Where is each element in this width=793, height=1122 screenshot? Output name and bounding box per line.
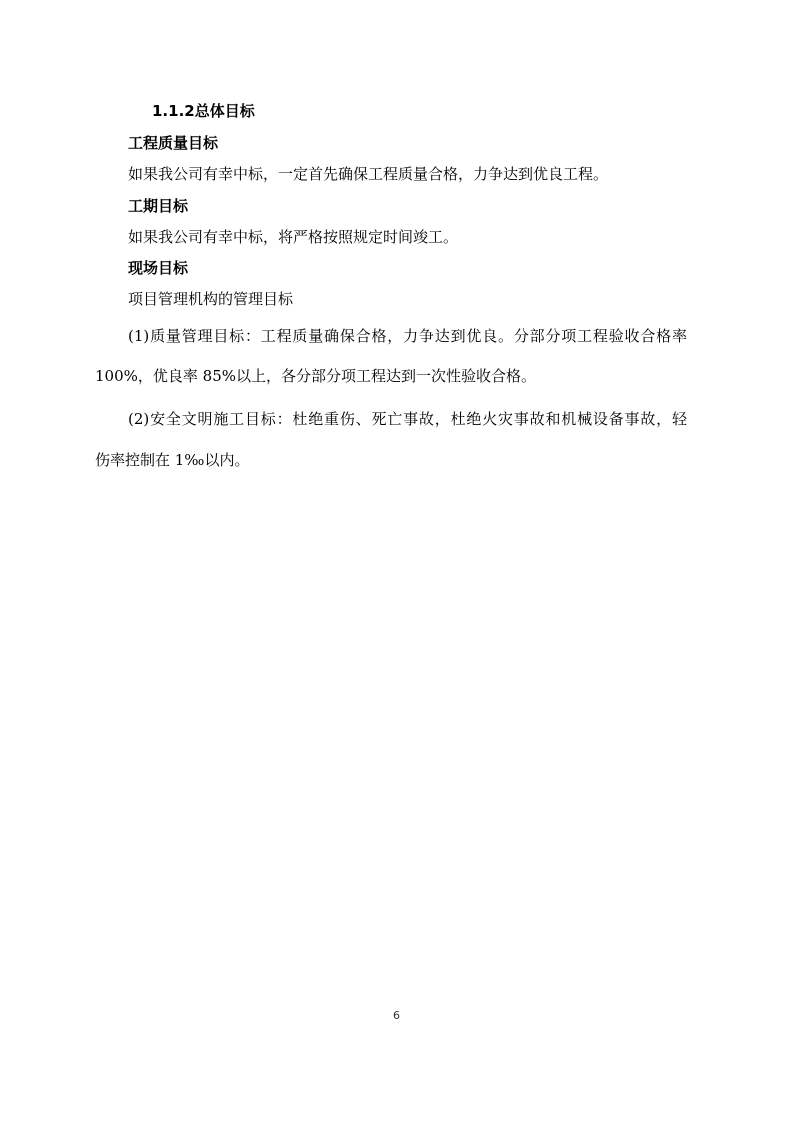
quality-goal-text: 如果我公司有幸中标，一定首先确保工程质量合格，力争达到优良工程。 [128, 165, 608, 183]
quality-management-goal-line2: 100%，优良率 85%以上，各分部分项工程达到一次性验收合格。 [95, 367, 536, 385]
quality-management-goal-line1: (1)质量管理目标：工程质量确保合格，力争达到优良。分部分项工程验收合格率 [128, 327, 687, 345]
page-number: 6 [0, 1009, 793, 1022]
schedule-goal-heading: 工期目标 [128, 197, 188, 215]
site-goal-intro: 项目管理机构的管理目标 [128, 290, 293, 308]
document-page: 1.1.2总体目标 工程质量目标 如果我公司有幸中标，一定首先确保工程质量合格，… [0, 0, 793, 1122]
safety-goal-line2: 伤率控制在 1‰以内。 [95, 451, 249, 469]
section-heading: 1.1.2总体目标 [152, 102, 255, 120]
site-goal-heading: 现场目标 [128, 259, 188, 277]
schedule-goal-text: 如果我公司有幸中标，将严格按照规定时间竣工。 [128, 228, 458, 246]
quality-goal-heading: 工程质量目标 [128, 134, 218, 152]
safety-goal-line1: (2)安全文明施工目标：杜绝重伤、死亡事故，杜绝火灾事故和机械设备事故，轻 [128, 410, 687, 428]
